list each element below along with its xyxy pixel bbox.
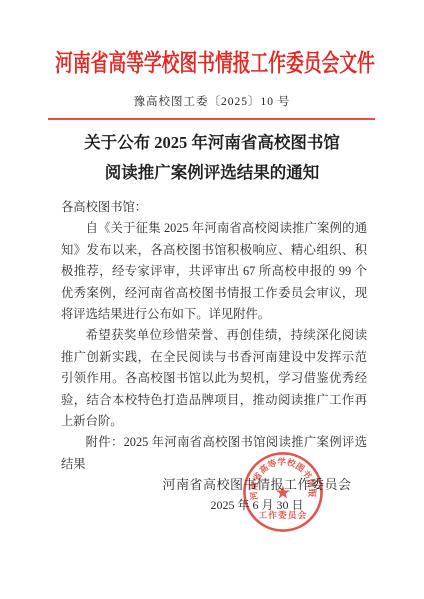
red-header-org-title: 河南省高等学校图书情报工作委员会文件: [55, 49, 369, 79]
document-title-line2: 阅读推广案例评选结果的通知: [0, 158, 424, 188]
red-divider-line: [48, 118, 375, 120]
salutation: 各高校图书馆：: [61, 197, 367, 218]
document-body: 各高校图书馆： 自《关于征集 2025 年河南省高校阅读推广案例的通知》发布以来…: [61, 197, 367, 475]
attachment-line: 附件：2025 年河南省高校图书馆阅读推广案例评选结果: [61, 432, 367, 475]
document-number: 豫高校图工委〔2025〕10 号: [0, 93, 424, 109]
document-title: 关于公布 2025 年河南省高校图书馆 阅读推广案例评选结果的通知: [0, 128, 424, 188]
signature-date: 2025 年 6 月 30 日: [90, 496, 424, 513]
body-paragraph-2: 希望获奖单位珍惜荣誉、再创佳绩，持续深化阅读推广创新实践，在全民阅读与书香河南建…: [61, 325, 367, 432]
document-page: 河南省高等学校图书情报工作委员会文件 豫高校图工委〔2025〕10 号 关于公布…: [0, 0, 424, 599]
document-title-line1: 关于公布 2025 年河南省高校图书馆: [0, 128, 424, 158]
signature-organization: 河南省高校图书情报工作委员会: [90, 474, 424, 493]
body-paragraph-1: 自《关于征集 2025 年河南省高校阅读推广案例的通知》发布以来，各高校图书馆积…: [61, 218, 367, 325]
